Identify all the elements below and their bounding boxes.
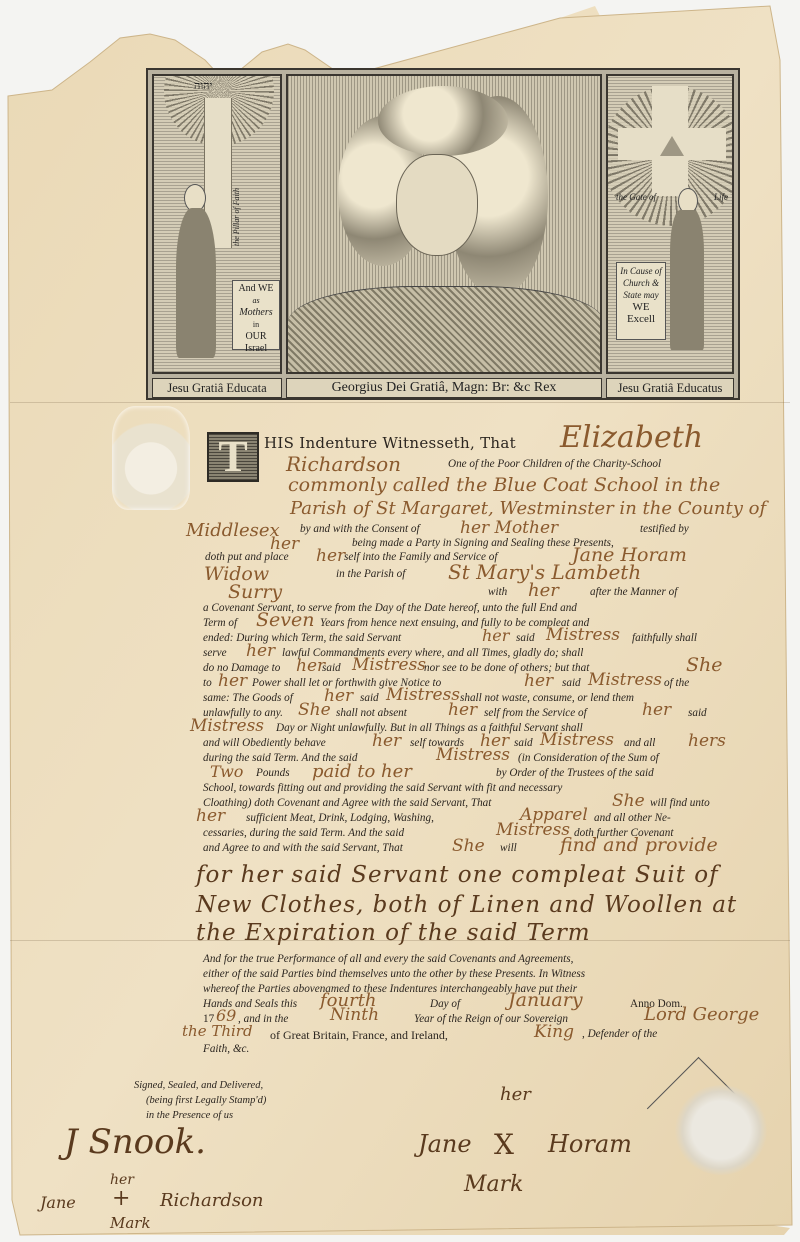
clause-line-1: for her said Servant one compleat Suit o…: [196, 862, 719, 888]
term-years: Seven: [256, 609, 314, 631]
master-signature: Horam: [548, 1130, 632, 1158]
consent-party: her Mother: [460, 518, 558, 538]
king-george-portrait: [396, 154, 478, 256]
clause-line-2: New Clothes, both of Linen and Woollen a…: [196, 892, 737, 918]
left-sign: And WE as Mothers in OUR Israel: [232, 280, 280, 350]
clause-line-3: the Expiration of the said Term: [196, 920, 591, 946]
apprentice-last-name: Richardson: [286, 452, 401, 476]
decorated-initial: T: [207, 432, 259, 482]
master-county: Surry: [228, 581, 282, 603]
right-sign: In Cause of Church & State may WE Excell: [616, 262, 666, 340]
caption-left: Jesu Gratiâ Educata: [152, 378, 282, 398]
fold-line: [10, 402, 790, 403]
indenture-document: יהוה the Pillar of Faith And WE as Mothe…: [0, 0, 800, 1242]
embossed-duty-stamp: [112, 406, 190, 510]
sum-amount: Two: [210, 762, 243, 781]
engraving-captions: Jesu Gratiâ Educata Georgius Dei Gratiâ,…: [152, 378, 734, 398]
engraving-left-panel: יהוה the Pillar of Faith And WE as Mothe…: [152, 74, 282, 374]
caption-center: Georgius Dei Gratiâ, Magn: Br: &c Rex: [286, 378, 602, 398]
signed-sealed-label: Signed, Sealed, and Delivered,: [134, 1080, 263, 1091]
engraving-right-panel: the Gate of Life In Cause of Church & St…: [606, 74, 734, 374]
engraved-header: יהוה the Pillar of Faith And WE as Mothe…: [146, 68, 740, 400]
charity-boy-figure: [670, 210, 704, 350]
find-provide: find and provide: [560, 834, 718, 856]
mother-signature: Richardson: [160, 1190, 264, 1211]
charity-girl-figure: [176, 208, 216, 358]
wafer-seal: [675, 1085, 767, 1175]
master-mark: X: [494, 1128, 514, 1161]
king-title: King: [534, 1022, 574, 1042]
parish-line: Parish of St Margaret, Westminster in th…: [290, 498, 766, 519]
engraving-center-panel: [286, 74, 602, 374]
tetragrammaton: יהוה: [194, 80, 212, 92]
sovereign: Lord George: [644, 1004, 759, 1025]
wig-top: [378, 86, 508, 156]
regnal-year: Ninth: [330, 1005, 379, 1025]
royal-robe: [288, 286, 602, 374]
gate-of-life-label: the Gate of Life: [616, 192, 728, 202]
school-name: commonly called the Blue Coat School in …: [288, 474, 720, 496]
caption-right: Jesu Gratiâ Educatus: [606, 378, 734, 398]
county: Middlesex: [186, 520, 280, 541]
trinity-triangle-icon: [660, 136, 684, 156]
pillar-label: the Pillar of Faith: [232, 188, 241, 246]
signing-month: January: [508, 989, 583, 1011]
apprentice-first-name: Elizabeth: [560, 420, 703, 455]
mother-mark: +: [112, 1186, 130, 1211]
witness-signature: J Snook.: [64, 1122, 206, 1162]
indenture-heading: HIS Indenture Witnesseth, That: [264, 434, 516, 452]
